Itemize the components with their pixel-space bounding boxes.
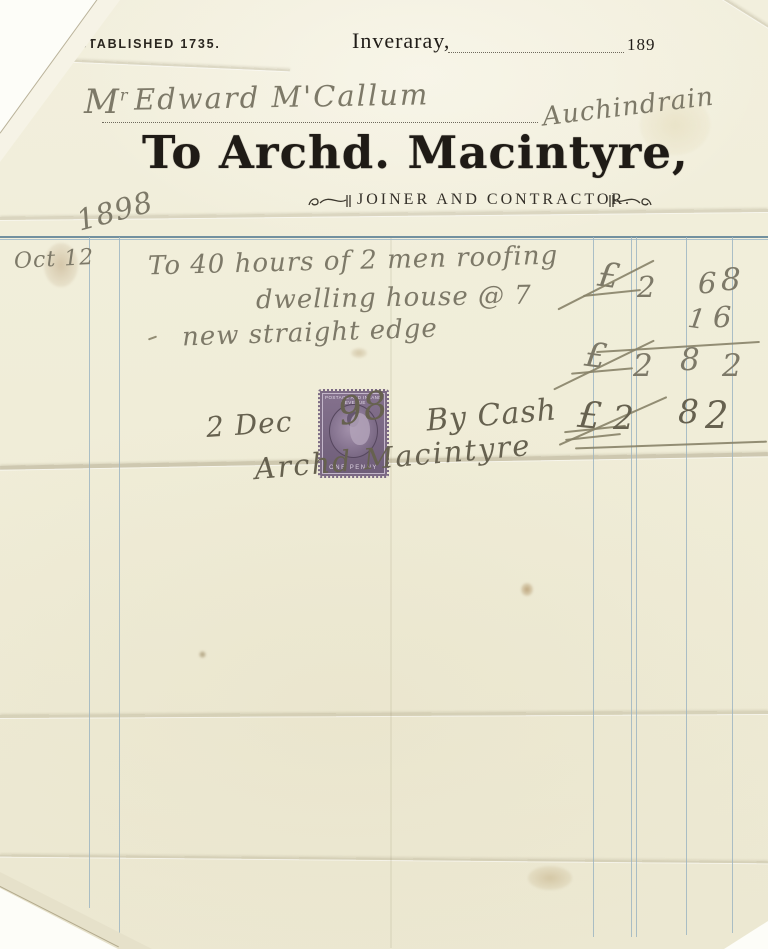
year-prefix: 189 bbox=[627, 35, 656, 55]
amount-total-pence: 2 bbox=[722, 348, 743, 384]
receipt-year: 98 bbox=[335, 382, 392, 434]
salutation-m: M bbox=[84, 82, 120, 122]
business-title: To Archd. Macintyre, bbox=[142, 126, 689, 179]
stain bbox=[521, 583, 533, 596]
flourish-icon bbox=[608, 192, 654, 210]
place-name: Inveraray, bbox=[352, 28, 450, 54]
date-dotted-line bbox=[448, 51, 624, 53]
flourish-icon bbox=[306, 192, 352, 210]
entry-line2: dwelling house @ 7 bbox=[256, 281, 532, 316]
amount-row2-pence: 6 bbox=[713, 300, 732, 334]
salutation-r: r bbox=[120, 86, 129, 105]
cash-column-line bbox=[631, 237, 632, 937]
stain bbox=[199, 651, 206, 658]
amount-row1-pence: 8 bbox=[721, 262, 742, 298]
header-rule bbox=[0, 236, 768, 238]
scanned-invoice-document: ESTABLISHED 1735. Inveraray, 189 Mr Edwa… bbox=[0, 0, 768, 949]
amount-total-shillings: 8 bbox=[680, 342, 701, 378]
header-rule-light bbox=[0, 239, 768, 240]
cash-column-line bbox=[636, 237, 637, 937]
amount-row1-pounds: 2 bbox=[637, 270, 656, 304]
receipt-date: 2 Dec bbox=[205, 405, 294, 444]
receipt-amount-pounds: 2 bbox=[613, 398, 635, 437]
receipt-amount-shillings: 8 bbox=[678, 392, 700, 431]
entry-date: Oct 12 bbox=[13, 245, 94, 274]
receipt-amount-pence: 2 bbox=[705, 394, 730, 437]
salutation: Mr bbox=[84, 82, 128, 122]
margin-line bbox=[89, 237, 90, 908]
margin-line bbox=[119, 237, 120, 942]
addressee-name: Edward M'Callum bbox=[134, 77, 430, 116]
stain bbox=[351, 348, 367, 358]
stain bbox=[528, 866, 572, 890]
addressee-dotted-line bbox=[102, 121, 538, 123]
trade-line: JOINER AND CONTRACTOR. bbox=[357, 191, 632, 209]
cash-column-line bbox=[732, 237, 733, 933]
amount-row1-shillings: 6 bbox=[698, 266, 717, 300]
amount-total-pounds: 2 bbox=[633, 348, 654, 384]
